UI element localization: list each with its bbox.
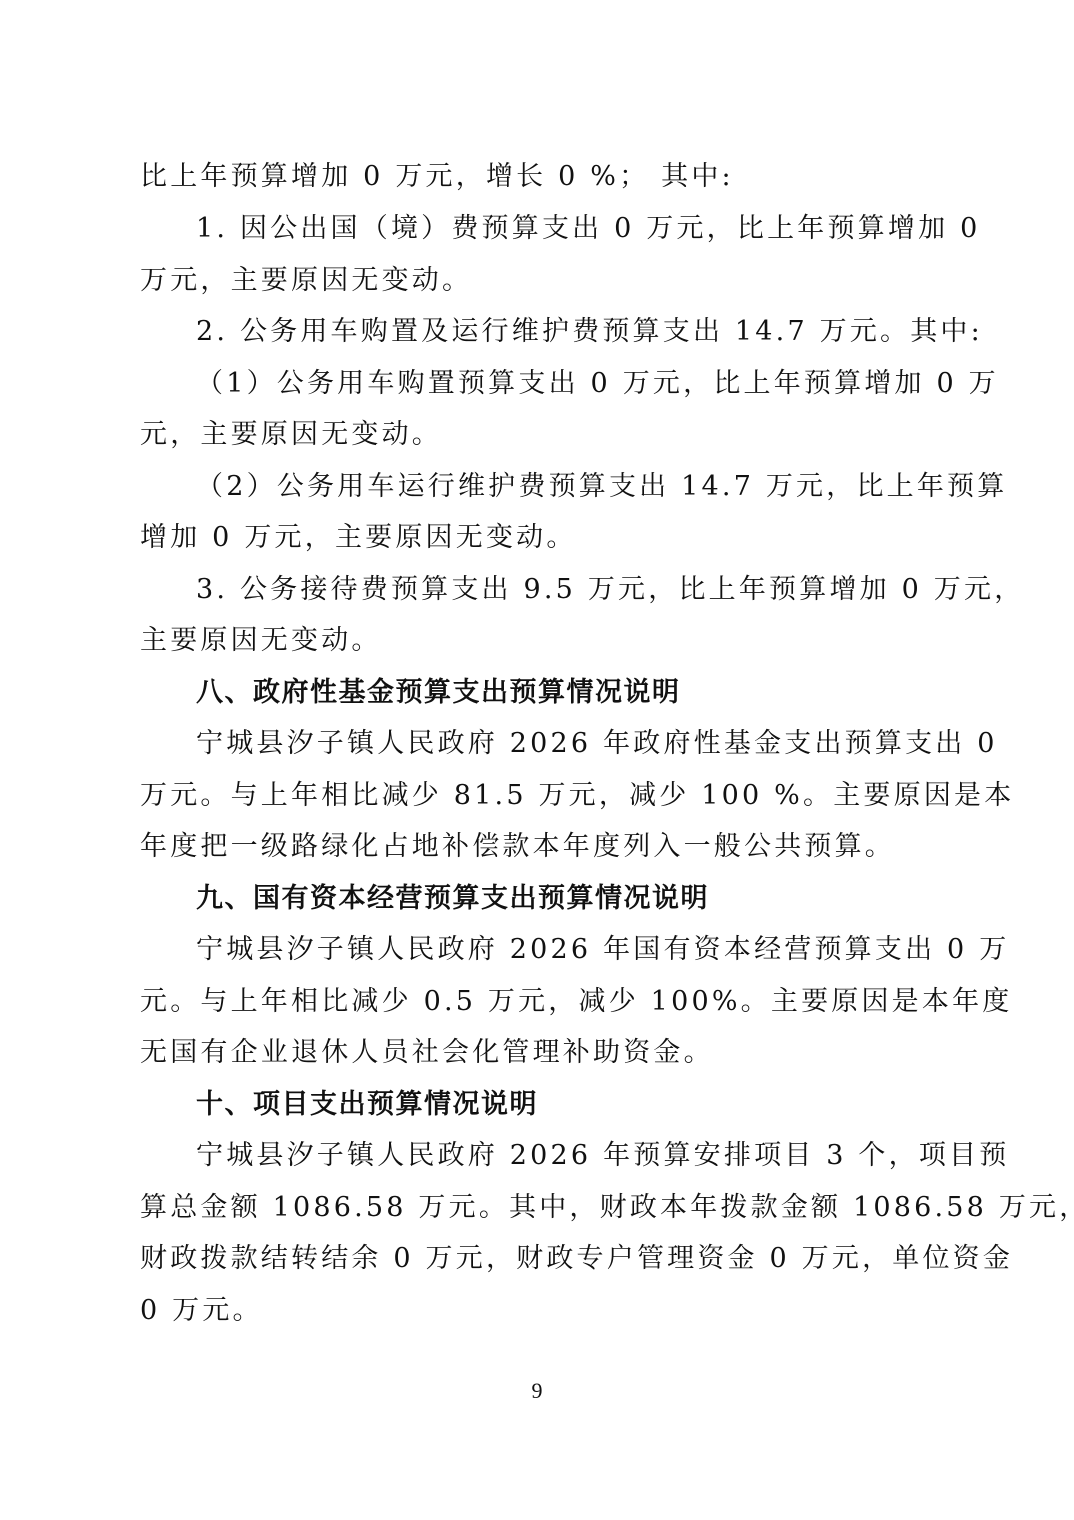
paragraph-line: 1. 因公出国（境）费预算支出 0 万元，比上年预算增加 0 [196,209,996,249]
paragraph-line: 主要原因无变动。 [140,621,940,661]
section-heading: 十、项目支出预算情况说明 [196,1085,996,1125]
paragraph-line: 财政拨款结转结余 0 万元，财政专户管理资金 0 万元，单位资金 [140,1239,940,1279]
paragraph-line: 元。与上年相比减少 0.5 万元，减少 100%。主要原因是本年度 [140,982,940,1022]
paragraph-line: 宁城县汐子镇人民政府 2026 年预算安排项目 3 个，项目预 [196,1136,996,1176]
document-page: 比上年预算增加 0 万元，增长 0 %； 其中: 1. 因公出国（境）费预算支出… [0,0,1074,1520]
page-number: 9 [0,1378,1074,1404]
section-heading: 八、政府性基金预算支出预算情况说明 [196,673,996,713]
paragraph-line: （2）公务用车运行维护费预算支出 14.7 万元，比上年预算 [196,467,996,507]
paragraph-line: 算总金额 1086.58 万元。其中，财政本年拨款金额 1086.58 万元， [140,1188,940,1228]
paragraph-line: 年度把一级路绿化占地补偿款本年度列入一般公共预算。 [140,827,940,867]
paragraph-line: 3. 公务接待费预算支出 9.5 万元，比上年预算增加 0 万元， [196,570,996,610]
paragraph-line: 无国有企业退休人员社会化管理补助资金。 [140,1033,940,1073]
paragraph-line: 元，主要原因无变动。 [140,415,940,455]
paragraph-line: 0 万元。 [140,1291,940,1331]
paragraph-line: 2. 公务用车购置及运行维护费预算支出 14.7 万元。其中: [196,312,996,352]
section-heading: 九、国有资本经营预算支出预算情况说明 [196,879,996,919]
paragraph-line: 宁城县汐子镇人民政府 2026 年政府性基金支出预算支出 0 [196,724,996,764]
paragraph-line: 比上年预算增加 0 万元，增长 0 %； 其中: [140,157,940,197]
paragraph-line: 增加 0 万元，主要原因无变动。 [140,518,940,558]
paragraph-line: （1）公务用车购置预算支出 0 万元，比上年预算增加 0 万 [196,364,996,404]
paragraph-line: 万元。与上年相比减少 81.5 万元，减少 100 %。主要原因是本 [140,776,940,816]
paragraph-line: 宁城县汐子镇人民政府 2026 年国有资本经营预算支出 0 万 [196,930,996,970]
paragraph-line: 万元，主要原因无变动。 [140,261,940,301]
